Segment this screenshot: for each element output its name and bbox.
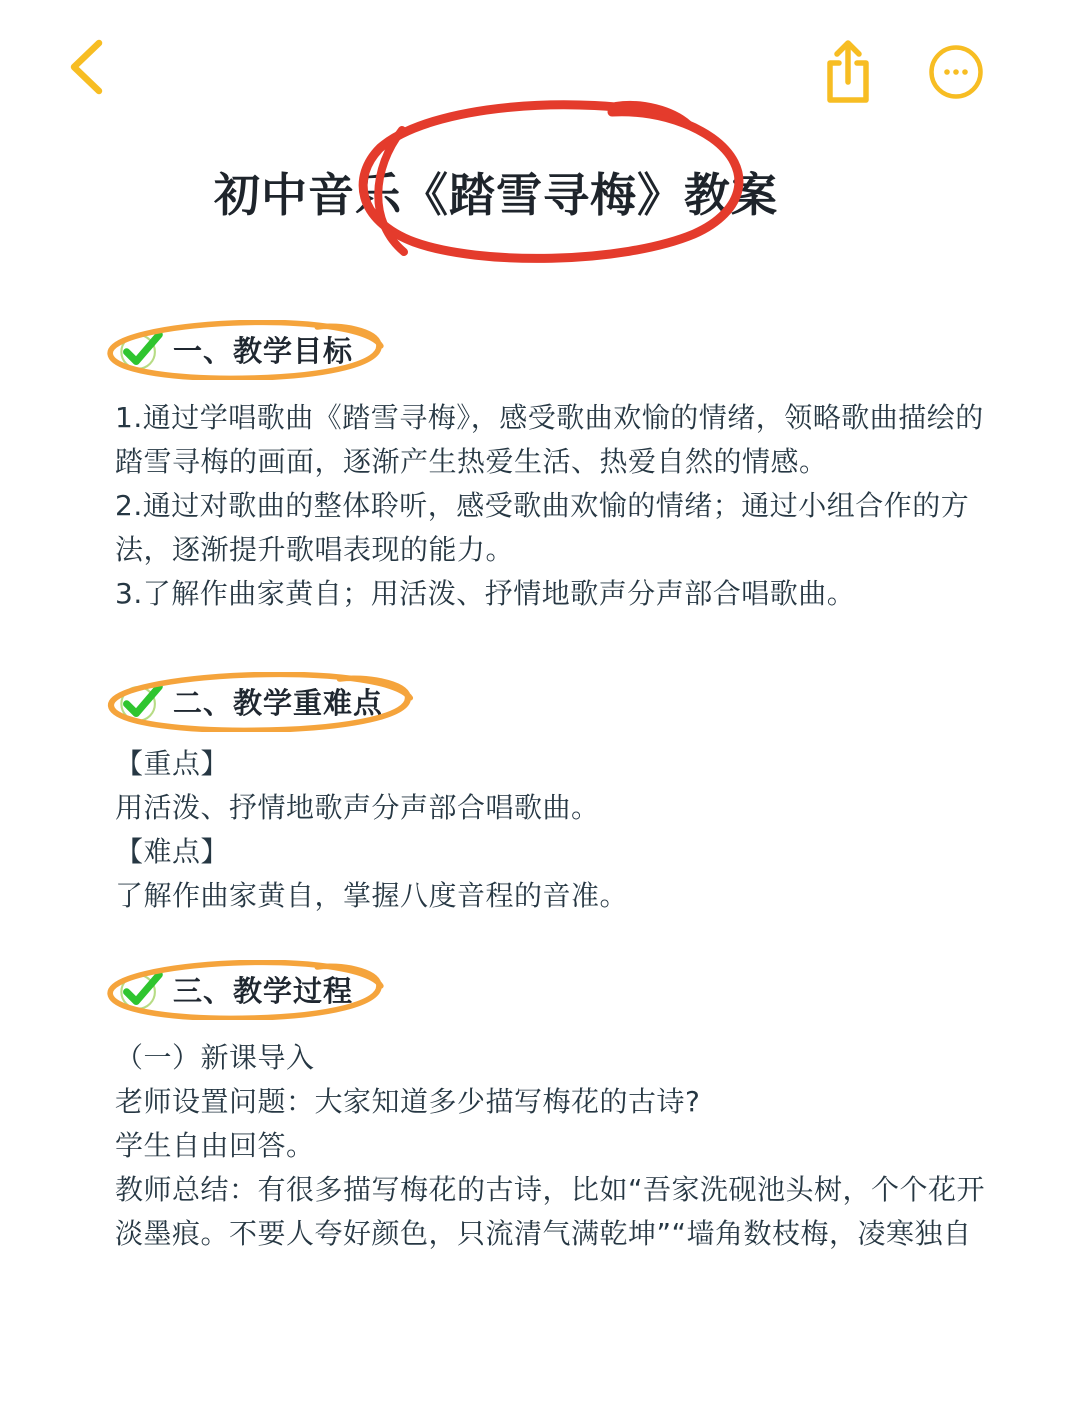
text-line: 【重点】 [115,742,628,786]
text-line: 教师总结：有很多描写梅花的古诗，比如“吾家洗砚池头树，个个花开 [115,1168,985,1212]
note-page: 初中音乐《踏雪寻梅》教案 一、教学目标 1.通过学唱歌曲《踏雪寻梅》，感受歌曲欢… [0,0,1080,1410]
text-line: 【难点】 [115,830,628,874]
green-check-icon [118,326,164,372]
more-options-button[interactable] [928,44,984,100]
text-line: 法，逐渐提升歌唱表现的能力。 [115,528,984,572]
title-suffix: 教案 [684,168,778,222]
text-line: （一）新课导入 [115,1036,985,1080]
chevron-left-icon [66,84,106,99]
green-check-icon [118,966,164,1012]
text-line: 3.了解作曲家黄自；用活泼、抒情地歌声分声部合唱歌曲。 [115,572,984,616]
title-highlighted: 《踏雪寻梅》 [402,168,684,222]
text-line: 学生自由回答。 [115,1124,985,1168]
text-line: 老师设置问题：大家知道多少描写梅花的古诗? [115,1080,985,1124]
ellipsis-circle-icon [928,88,984,103]
section-heading-key-points: 二、教学重难点 [118,678,383,724]
text-line: 用活泼、抒情地歌声分声部合唱歌曲。 [115,786,628,830]
title-prefix: 初中音乐 [214,168,402,222]
section-heading-label: 二、教学重难点 [173,681,383,722]
green-check-icon [118,678,164,724]
text-line: 了解作曲家黄自，掌握八度音程的音准。 [115,874,628,918]
section-heading-process: 三、教学过程 [118,966,353,1012]
back-button[interactable] [66,38,106,96]
section-heading-label: 三、教学过程 [173,969,353,1010]
text-line: 1.通过学唱歌曲《踏雪寻梅》，感受歌曲欢愉的情绪，领略歌曲描绘的 [115,396,984,440]
section-objectives-text: 1.通过学唱歌曲《踏雪寻梅》，感受歌曲欢愉的情绪，领略歌曲描绘的 踏雪寻梅的画面… [115,396,984,616]
section-heading-objectives: 一、教学目标 [118,326,353,372]
section-process-text: （一）新课导入 老师设置问题：大家知道多少描写梅花的古诗? 学生自由回答。 教师… [115,1036,985,1256]
text-line: 2.通过对歌曲的整体聆听，感受歌曲欢愉的情绪；通过小组合作的方 [115,484,984,528]
page-title: 初中音乐《踏雪寻梅》教案 [214,168,778,222]
section-heading-label: 一、教学目标 [173,329,353,370]
section-key-points-text: 【重点】 用活泼、抒情地歌声分声部合唱歌曲。 【难点】 了解作曲家黄自，掌握八度… [115,742,628,918]
share-button[interactable] [822,38,874,106]
text-line: 踏雪寻梅的画面，逐渐产生热爱生活、热爱自然的情感。 [115,440,984,484]
text-line: 淡墨痕。不要人夸好颜色，只流清气满乾坤”“墙角数枝梅，凌寒独自 [115,1212,985,1256]
share-icon [822,94,874,109]
